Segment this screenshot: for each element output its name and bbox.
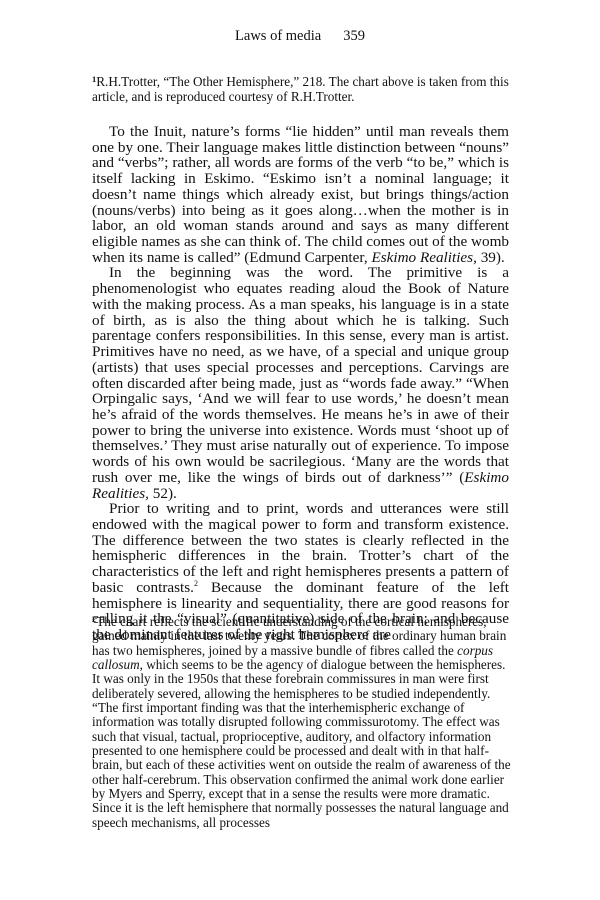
paragraph-text: 52). [149, 485, 177, 502]
footnote-text: R.H.Trotter, “The Other Hemisphere,” 218… [92, 74, 509, 104]
paragraph-text: 39). [477, 249, 505, 266]
paragraph-1: To the Inuit, nature’s forms “lie hidden… [92, 124, 509, 265]
footnote-2: 2The chart reflects the scientific under… [92, 615, 512, 830]
page-number: 359 [343, 28, 365, 44]
footnote-text: The chart reflects the scientific unders… [92, 614, 506, 658]
running-header: Laws of media359 [0, 27, 600, 45]
paragraph-text: In the beginning was the word. The primi… [92, 264, 509, 485]
book-title: Eskimo Realities, [371, 249, 476, 266]
footnote-text: which seems to be the agency of dialogue… [92, 657, 511, 830]
paragraph-text: To the Inuit, nature’s forms “lie hidden… [92, 123, 509, 266]
body-text: To the Inuit, nature’s forms “lie hidden… [92, 124, 509, 643]
footnote-1: 1R.H.Trotter, “The Other Hemisphere,” 21… [92, 75, 512, 104]
running-title: Laws of media [235, 28, 321, 44]
paragraph-2: In the beginning was the word. The primi… [92, 265, 509, 501]
